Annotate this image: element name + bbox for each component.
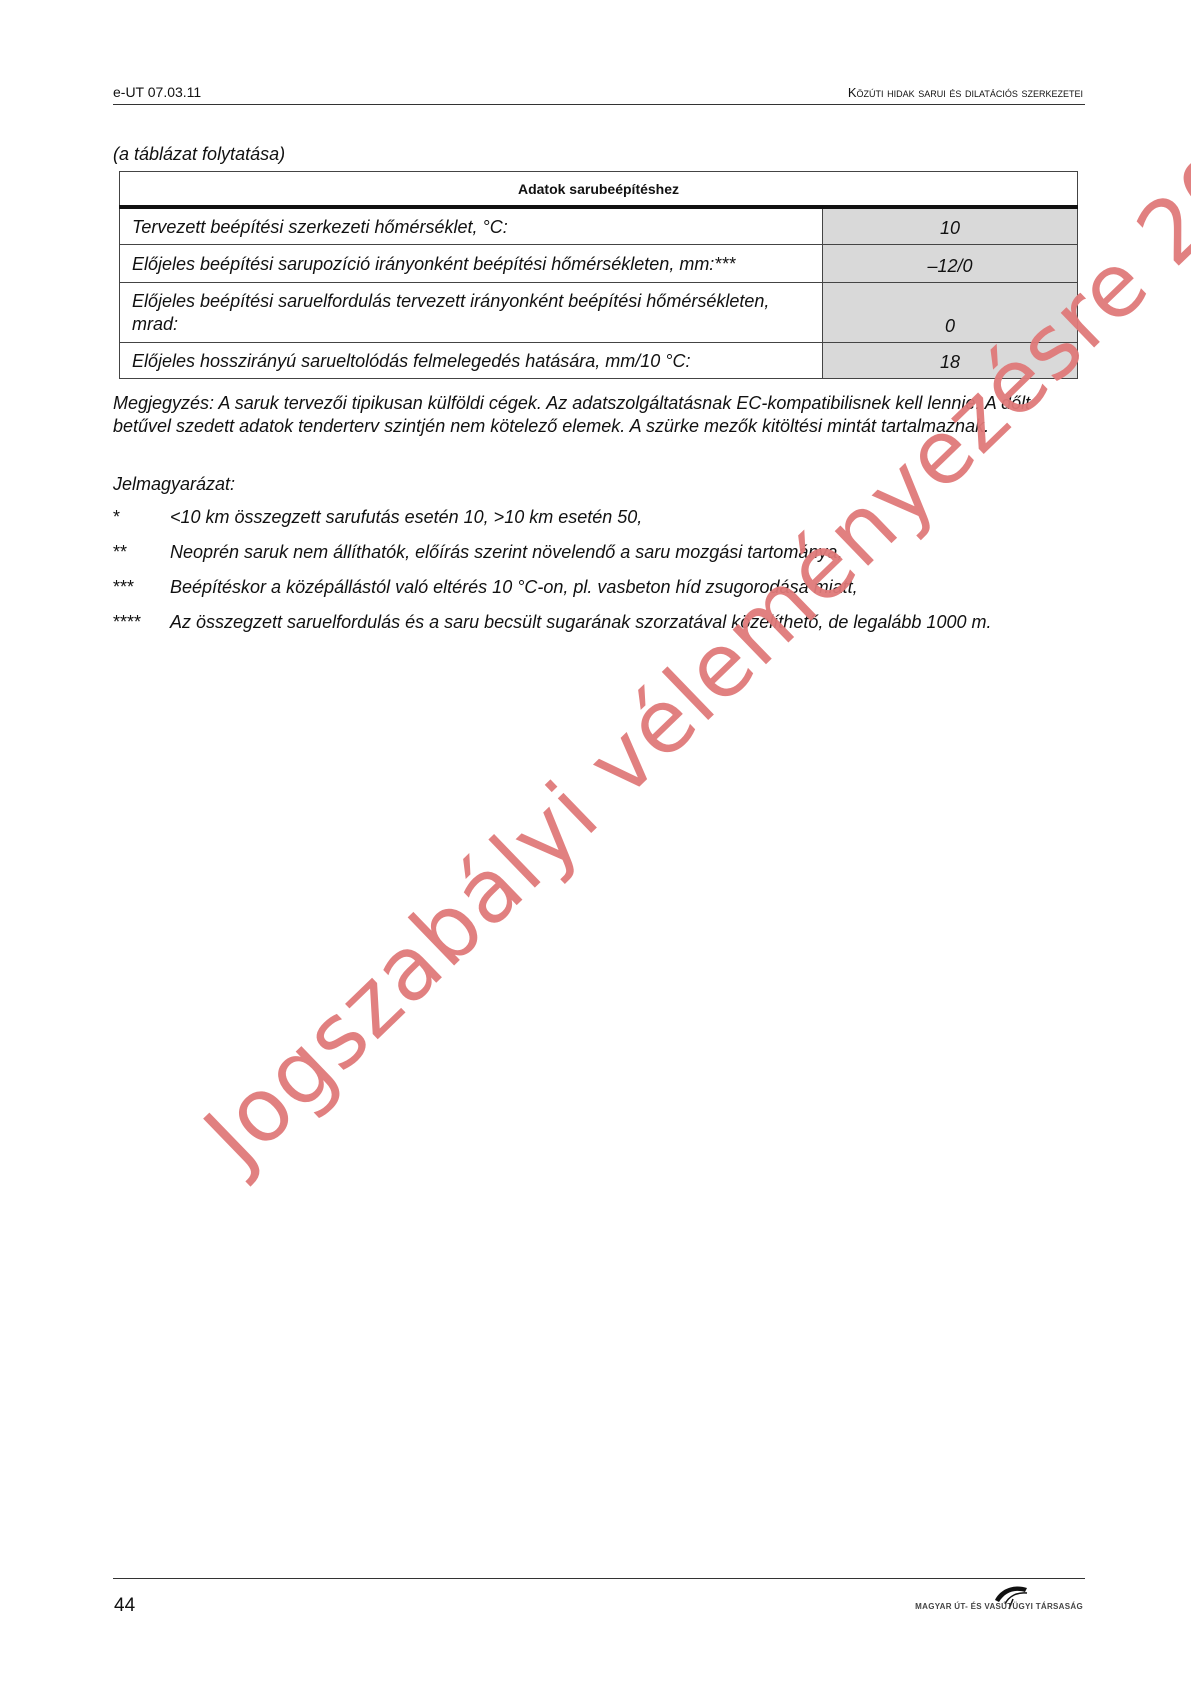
legend-mark: ** (113, 541, 170, 564)
legend-title: Jelmagyarázat: (113, 474, 235, 495)
organization-logo: MAGYAR ÚT- ÉS VASÚTÜGYI TÁRSASÁG (933, 1582, 1083, 1622)
installation-data-table: Adatok sarubeépítéshez Tervezett beépíté… (119, 171, 1078, 379)
legend-mark: **** (113, 611, 170, 634)
legend-item: *** Beépítéskor a középállástól való elt… (113, 576, 1013, 599)
document-id: e-UT 07.03.11 (113, 84, 201, 100)
row-value: –12/0 (823, 245, 1078, 283)
organization-name: MAGYAR ÚT- ÉS VASÚTÜGYI TÁRSASÁG (915, 1602, 1083, 1611)
legend-mark: * (113, 506, 170, 529)
row-label: Előjeles hosszirányú sarueltolódás felme… (120, 343, 823, 379)
legend-mark: *** (113, 576, 170, 599)
table-row: Előjeles hosszirányú sarueltolódás felme… (120, 343, 1078, 379)
legend-text: Beépítéskor a középállástól való eltérés… (170, 576, 1013, 599)
legend-text: Az összegzett saruelfordulás és a saru b… (170, 611, 1013, 634)
legend-item: * <10 km összegzett sarufutás esetén 10,… (113, 506, 1013, 529)
table-row: Előjeles beépítési sarupozíció irányonké… (120, 245, 1078, 283)
row-label: Előjeles beépítési saruelfordulás tervez… (120, 283, 823, 343)
legend-text: Neoprén saruk nem állíthatók, előírás sz… (170, 541, 1013, 564)
document-title: Közúti hidak sarui és dilatációs szerkez… (848, 85, 1083, 100)
table-row: Előjeles beépítési saruelfordulás tervez… (120, 283, 1078, 343)
row-label: Előjeles beépítési sarupozíció irányonké… (120, 245, 823, 283)
table-continuation-caption: (a táblázat folytatása) (113, 144, 285, 165)
legend-item: ** Neoprén saruk nem állíthatók, előírás… (113, 541, 1013, 564)
legend-text: <10 km összegzett sarufutás esetén 10, >… (170, 506, 1013, 529)
legend-item: **** Az összegzett saruelfordulás és a s… (113, 611, 1013, 634)
page-footer: 44 MAGYAR ÚT- ÉS VASÚTÜGYI TÁRSASÁG (113, 1578, 1085, 1579)
table-row: Tervezett beépítési szerkezeti hőmérsékl… (120, 207, 1078, 245)
note-paragraph: Megjegyzés: A saruk tervezői tipikusan k… (113, 392, 1088, 438)
page-number: 44 (114, 1595, 135, 1617)
legend-list: * <10 km összegzett sarufutás esetén 10,… (113, 506, 1013, 646)
row-label: Tervezett beépítési szerkezeti hőmérsékl… (120, 207, 823, 245)
row-value: 18 (823, 343, 1078, 379)
row-value: 10 (823, 207, 1078, 245)
page-header: e-UT 07.03.11 Közúti hidak sarui és dila… (113, 84, 1085, 105)
table-header: Adatok sarubeépítéshez (120, 172, 1078, 208)
row-value: 0 (823, 283, 1078, 343)
